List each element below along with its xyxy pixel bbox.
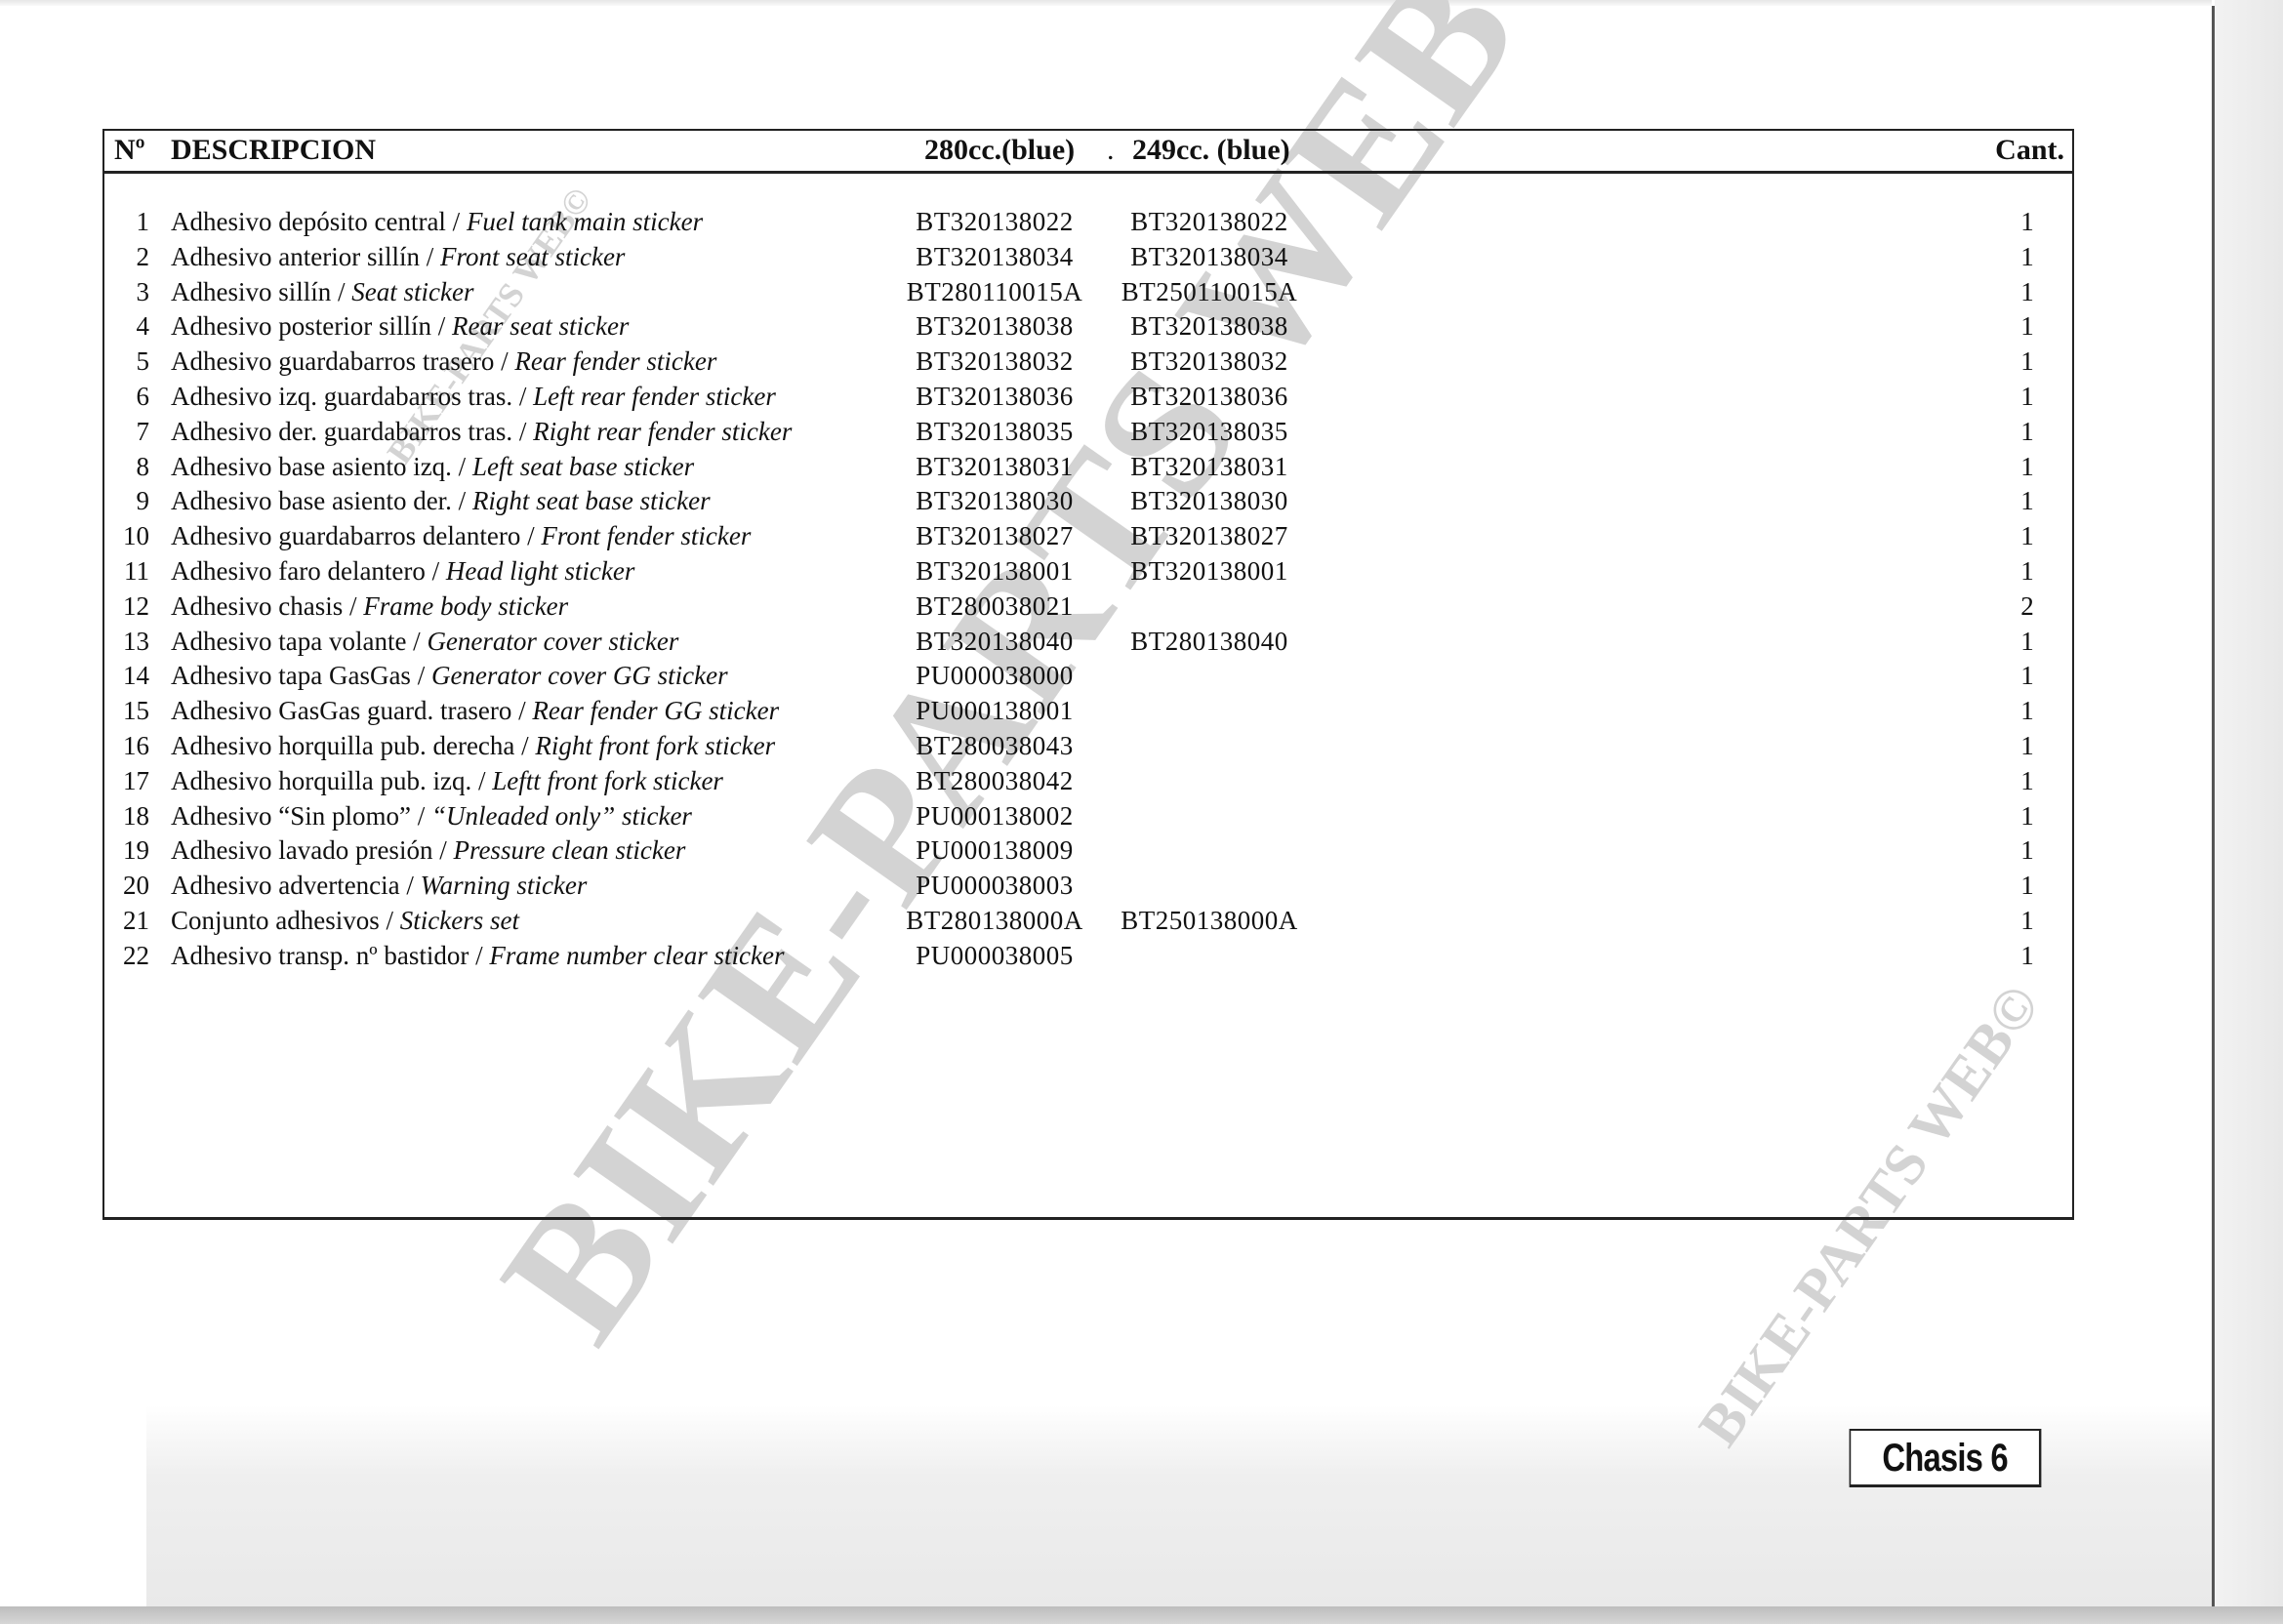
part-ref-249cc: BT250110015A xyxy=(1096,275,1323,310)
part-ref-249cc: BT320138038 xyxy=(1096,309,1323,345)
row-number: 9 xyxy=(114,484,149,519)
part-ref-249cc: BT320138035 xyxy=(1096,415,1323,450)
row-number: 14 xyxy=(114,659,149,694)
table-row: 16 Adhesivo horquilla pub. derecha / Rig… xyxy=(104,729,2072,764)
row-number: 6 xyxy=(114,380,149,415)
part-ref-249cc: BT320138030 xyxy=(1096,484,1323,519)
row-number: 15 xyxy=(114,694,149,729)
description-spanish: Adhesivo GasGas guard. trasero / xyxy=(171,696,532,725)
row-quantity: 1 xyxy=(2013,309,2042,345)
table-row: 13 Adhesivo tapa volante / Generator cov… xyxy=(104,625,2072,660)
table-row: 9 Adhesivo base asiento der. / Right sea… xyxy=(104,484,2072,519)
table-row: 19 Adhesivo lavado presión / Pressure cl… xyxy=(104,833,2072,869)
row-quantity: 1 xyxy=(2013,625,2042,660)
row-quantity: 1 xyxy=(2013,415,2042,450)
description-english: Rear fender sticker xyxy=(514,346,716,376)
part-ref-249cc: BT320138036 xyxy=(1096,380,1323,415)
row-description: Adhesivo faro delantero / Head light sti… xyxy=(171,554,634,589)
row-number: 13 xyxy=(114,625,149,660)
row-description: Conjunto adhesivos / Stickers set xyxy=(171,904,519,939)
scan-bottom-shadow xyxy=(0,1606,2283,1624)
row-number: 22 xyxy=(114,939,149,974)
table-row: 3 Adhesivo sillín / Seat sticker BT28011… xyxy=(104,275,2072,310)
table-row: 17 Adhesivo horquilla pub. izq. / Leftt … xyxy=(104,764,2072,799)
description-spanish: Conjunto adhesivos / xyxy=(171,906,400,935)
part-ref-280cc: BT320138036 xyxy=(881,380,1108,415)
row-number: 2 xyxy=(114,240,149,275)
description-english: Seat sticker xyxy=(351,277,473,306)
part-ref-280cc: BT280038021 xyxy=(881,589,1108,625)
description-spanish: Adhesivo guardabarros delantero / xyxy=(171,521,541,550)
part-ref-249cc: BT320138031 xyxy=(1096,450,1323,485)
part-ref-280cc: PU000138001 xyxy=(881,694,1108,729)
description-spanish: Adhesivo sillín / xyxy=(171,277,351,306)
row-quantity: 1 xyxy=(2013,799,2042,834)
row-number: 8 xyxy=(114,450,149,485)
part-ref-280cc: BT280038042 xyxy=(881,764,1108,799)
header-249cc: 249cc. (blue) xyxy=(1132,134,1290,167)
row-description: Adhesivo chasis / Frame body sticker xyxy=(171,589,568,625)
row-description: Adhesivo der. guardabarros tras. / Right… xyxy=(171,415,792,450)
table-row: 5 Adhesivo guardabarros trasero / Rear f… xyxy=(104,345,2072,380)
description-english: Left rear fender sticker xyxy=(533,382,776,411)
header-280cc: 280cc.(blue) xyxy=(924,134,1075,167)
row-number: 16 xyxy=(114,729,149,764)
page-edge-right xyxy=(2212,6,2215,1608)
table-row: 22 Adhesivo transp. nº bastidor / Frame … xyxy=(104,939,2072,974)
table-body: 1 Adhesivo depósito central / Fuel tank … xyxy=(104,205,2072,974)
part-ref-249cc: BT320138034 xyxy=(1096,240,1323,275)
row-description: Adhesivo transp. nº bastidor / Frame num… xyxy=(171,939,785,974)
description-english: Rear seat sticker xyxy=(452,311,629,341)
part-ref-280cc: BT320138035 xyxy=(881,415,1108,450)
row-description: Adhesivo izq. guardabarros tras. / Left … xyxy=(171,380,776,415)
description-spanish: Adhesivo tapa volante / xyxy=(171,627,427,656)
row-description: Adhesivo base asiento der. / Right seat … xyxy=(171,484,711,519)
row-description: Adhesivo horquilla pub. derecha / Right … xyxy=(171,729,775,764)
part-ref-280cc: PU000038003 xyxy=(881,869,1108,904)
header-number: Nº xyxy=(114,134,145,167)
scan-top-edge xyxy=(0,0,2212,6)
row-number: 17 xyxy=(114,764,149,799)
row-quantity: 1 xyxy=(2013,519,2042,554)
table-row: 7 Adhesivo der. guardabarros tras. / Rig… xyxy=(104,415,2072,450)
row-description: Adhesivo guardabarros delantero / Front … xyxy=(171,519,751,554)
row-description: Adhesivo tapa volante / Generator cover … xyxy=(171,625,678,660)
description-spanish: Adhesivo advertencia / xyxy=(171,871,421,900)
row-quantity: 2 xyxy=(2013,589,2042,625)
description-spanish: Adhesivo faro delantero / xyxy=(171,556,446,586)
description-spanish: Adhesivo izq. guardabarros tras. / xyxy=(171,382,533,411)
description-spanish: Adhesivo tapa GasGas / xyxy=(171,661,431,690)
part-ref-280cc: BT320138038 xyxy=(881,309,1108,345)
description-spanish: Adhesivo chasis / xyxy=(171,591,363,621)
row-description: Adhesivo advertencia / Warning sticker xyxy=(171,869,587,904)
table-row: 15 Adhesivo GasGas guard. trasero / Rear… xyxy=(104,694,2072,729)
header-description: DESCRIPCION xyxy=(171,134,376,167)
row-number: 5 xyxy=(114,345,149,380)
table-row: 12 Adhesivo chasis / Frame body sticker … xyxy=(104,589,2072,625)
row-description: Adhesivo base asiento izq. / Left seat b… xyxy=(171,450,694,485)
row-description: Adhesivo horquilla pub. izq. / Leftt fro… xyxy=(171,764,723,799)
row-description: Adhesivo depósito central / Fuel tank ma… xyxy=(171,205,703,240)
table-row: 20 Adhesivo advertencia / Warning sticke… xyxy=(104,869,2072,904)
description-english: Right rear fender sticker xyxy=(533,417,792,446)
row-quantity: 1 xyxy=(2013,659,2042,694)
row-quantity: 1 xyxy=(2013,764,2042,799)
part-ref-280cc: BT320138027 xyxy=(881,519,1108,554)
description-english: Left seat base sticker xyxy=(472,452,694,481)
description-english: Stickers set xyxy=(400,906,519,935)
row-quantity: 1 xyxy=(2013,275,2042,310)
row-description: Adhesivo anterior sillín / Front seat st… xyxy=(171,240,625,275)
description-english: Generator cover GG sticker xyxy=(431,661,728,690)
row-quantity: 1 xyxy=(2013,450,2042,485)
description-english: Rear fender GG sticker xyxy=(532,696,779,725)
row-quantity: 1 xyxy=(2013,554,2042,589)
row-number: 11 xyxy=(114,554,149,589)
part-ref-280cc: PU000138009 xyxy=(881,833,1108,869)
row-number: 12 xyxy=(114,589,149,625)
row-quantity: 1 xyxy=(2013,484,2042,519)
row-description: Adhesivo guardabarros trasero / Rear fen… xyxy=(171,345,716,380)
row-number: 19 xyxy=(114,833,149,869)
description-english: Front fender sticker xyxy=(541,521,751,550)
description-spanish: Adhesivo guardabarros trasero / xyxy=(171,346,514,376)
table-row: 8 Adhesivo base asiento izq. / Left seat… xyxy=(104,450,2072,485)
section-label: Chasis 6 xyxy=(1850,1429,2042,1487)
row-quantity: 1 xyxy=(2013,380,2042,415)
description-spanish: Adhesivo der. guardabarros tras. / xyxy=(171,417,533,446)
table-row: 2 Adhesivo anterior sillín / Front seat … xyxy=(104,240,2072,275)
part-ref-280cc: BT320138022 xyxy=(881,205,1108,240)
part-ref-249cc: BT320138001 xyxy=(1096,554,1323,589)
description-english: Fuel tank main sticker xyxy=(467,207,703,236)
header-separator: . xyxy=(1107,134,1115,167)
description-spanish: Adhesivo lavado presión / xyxy=(171,835,453,865)
description-english: Leftt front fork sticker xyxy=(492,766,723,795)
part-ref-280cc: BT280038043 xyxy=(881,729,1108,764)
row-description: Adhesivo lavado presión / Pressure clean… xyxy=(171,833,685,869)
description-spanish: Adhesivo horquilla pub. derecha / xyxy=(171,731,535,760)
part-ref-249cc: BT320138027 xyxy=(1096,519,1323,554)
description-english: “Unleaded only” sticker xyxy=(431,801,692,831)
part-ref-280cc: BT280110015A xyxy=(881,275,1108,310)
description-spanish: Adhesivo anterior sillín / xyxy=(171,242,440,271)
part-ref-280cc: BT280138000A xyxy=(881,904,1108,939)
row-description: Adhesivo “Sin plomo” / “Unleaded only” s… xyxy=(171,799,692,834)
row-quantity: 1 xyxy=(2013,345,2042,380)
row-description: Adhesivo tapa GasGas / Generator cover G… xyxy=(171,659,728,694)
row-quantity: 1 xyxy=(2013,240,2042,275)
part-ref-249cc: BT250138000A xyxy=(1096,904,1323,939)
row-description: Adhesivo posterior sillín / Rear seat st… xyxy=(171,309,629,345)
table-row: 4 Adhesivo posterior sillín / Rear seat … xyxy=(104,309,2072,345)
table-row: 14 Adhesivo tapa GasGas / Generator cove… xyxy=(104,659,2072,694)
description-english: Front seat sticker xyxy=(440,242,625,271)
part-ref-280cc: BT320138030 xyxy=(881,484,1108,519)
part-ref-280cc: BT320138034 xyxy=(881,240,1108,275)
row-quantity: 1 xyxy=(2013,694,2042,729)
row-number: 3 xyxy=(114,275,149,310)
row-number: 7 xyxy=(114,415,149,450)
table-row: 11 Adhesivo faro delantero / Head light … xyxy=(104,554,2072,589)
row-quantity: 1 xyxy=(2013,939,2042,974)
description-english: Warning sticker xyxy=(421,871,588,900)
row-quantity: 1 xyxy=(2013,205,2042,240)
row-description: Adhesivo GasGas guard. trasero / Rear fe… xyxy=(171,694,779,729)
table-row: 10 Adhesivo guardabarros delantero / Fro… xyxy=(104,519,2072,554)
part-ref-280cc: BT320138040 xyxy=(881,625,1108,660)
table-header: Nº DESCRIPCION 280cc.(blue) . 249cc. (bl… xyxy=(104,131,2072,174)
part-ref-249cc: BT280138040 xyxy=(1096,625,1323,660)
parts-table: Nº DESCRIPCION 280cc.(blue) . 249cc. (bl… xyxy=(102,129,2074,1220)
row-number: 20 xyxy=(114,869,149,904)
part-ref-280cc: BT320138001 xyxy=(881,554,1108,589)
header-quantity: Cant. xyxy=(1995,134,2064,167)
row-number: 1 xyxy=(114,205,149,240)
table-row: 18 Adhesivo “Sin plomo” / “Unleaded only… xyxy=(104,799,2072,834)
row-number: 4 xyxy=(114,309,149,345)
part-ref-249cc: BT320138032 xyxy=(1096,345,1323,380)
description-english: Pressure clean sticker xyxy=(453,835,685,865)
part-ref-280cc: PU000038000 xyxy=(881,659,1108,694)
row-number: 18 xyxy=(114,799,149,834)
part-ref-280cc: PU000138002 xyxy=(881,799,1108,834)
description-english: Frame body sticker xyxy=(363,591,568,621)
row-number: 21 xyxy=(114,904,149,939)
description-english: Frame number clear sticker xyxy=(489,941,784,970)
description-spanish: Adhesivo transp. nº bastidor / xyxy=(171,941,489,970)
description-english: Generator cover sticker xyxy=(427,627,678,656)
row-description: Adhesivo sillín / Seat sticker xyxy=(171,275,473,310)
description-english: Right front fork sticker xyxy=(535,731,775,760)
table-row: 1 Adhesivo depósito central / Fuel tank … xyxy=(104,205,2072,240)
row-quantity: 1 xyxy=(2013,729,2042,764)
part-ref-280cc: BT320138032 xyxy=(881,345,1108,380)
description-spanish: Adhesivo depósito central / xyxy=(171,207,467,236)
part-ref-280cc: BT320138031 xyxy=(881,450,1108,485)
row-quantity: 1 xyxy=(2013,904,2042,939)
table-row: 21 Conjunto adhesivos / Stickers set BT2… xyxy=(104,904,2072,939)
scan-background-right xyxy=(2215,0,2283,1624)
row-number: 10 xyxy=(114,519,149,554)
description-spanish: Adhesivo horquilla pub. izq. / xyxy=(171,766,492,795)
description-spanish: Adhesivo posterior sillín / xyxy=(171,311,452,341)
description-english: Head light sticker xyxy=(446,556,634,586)
description-spanish: Adhesivo base asiento izq. / xyxy=(171,452,472,481)
description-spanish: Adhesivo base asiento der. / xyxy=(171,486,472,515)
description-spanish: Adhesivo “Sin plomo” / xyxy=(171,801,431,831)
row-quantity: 1 xyxy=(2013,869,2042,904)
table-row: 6 Adhesivo izq. guardabarros tras. / Lef… xyxy=(104,380,2072,415)
part-ref-249cc: BT320138022 xyxy=(1096,205,1323,240)
description-english: Right seat base sticker xyxy=(472,486,711,515)
part-ref-280cc: PU000038005 xyxy=(881,939,1108,974)
row-quantity: 1 xyxy=(2013,833,2042,869)
